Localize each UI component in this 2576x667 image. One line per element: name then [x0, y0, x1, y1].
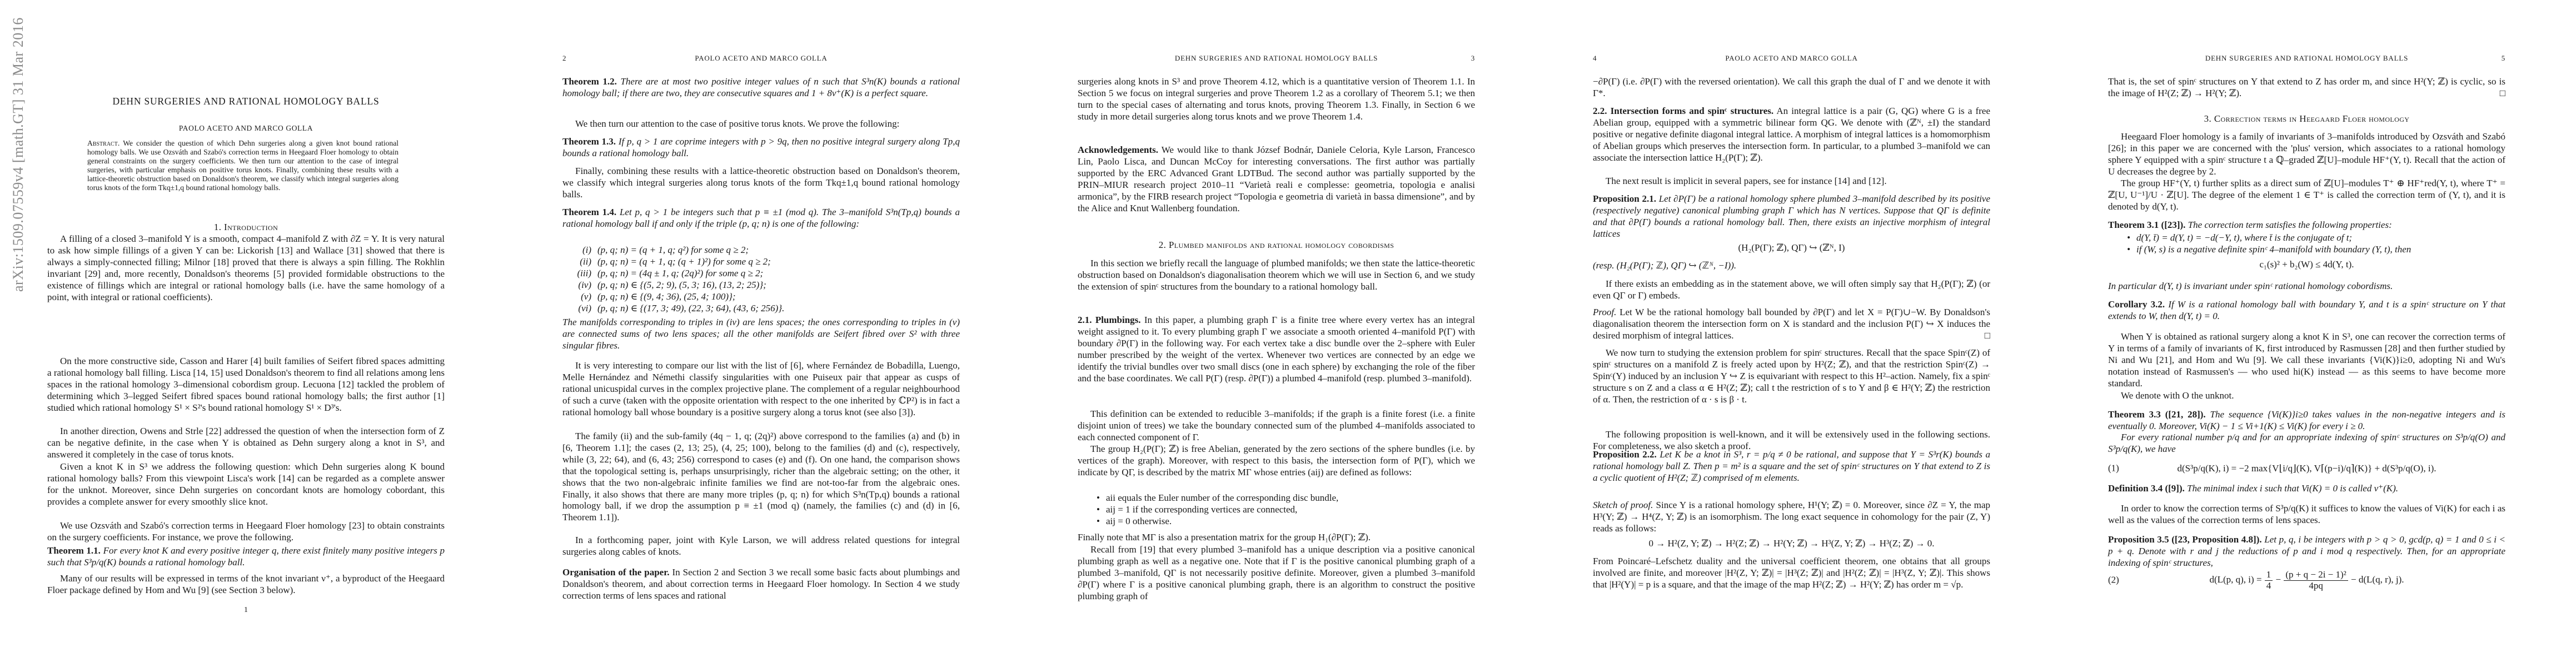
list-item-number: (iii): [562, 268, 597, 280]
theorem: Theorem 1.4. Let p, q > 1 be integers su…: [562, 207, 960, 230]
list-item-text: (p, q; n) ∈ {(5, 2; 9), (5, 3; 16), (13,…: [597, 280, 766, 291]
bullet-text: d(Y, t̄) = d(Y, t) = −d(−Y, t), where t̄…: [2136, 232, 2352, 244]
abstract: Abstract. We consider the question of wh…: [87, 139, 398, 192]
theorem-label: Theorem 3.1 ([23]).: [2108, 220, 2185, 230]
list-item-text: (p, q; n) ∈ {(9, 4; 36), (25, 4; 100)};: [597, 291, 736, 303]
bullet-icon: •: [2127, 244, 2136, 256]
page-2: 2PAOLO ACETO AND MARCO GOLLA Theorem 1.2…: [515, 0, 1030, 667]
theorem-label: Theorem 1.4.: [562, 207, 616, 217]
theorem: Theorem 1.2. There are at most two posit…: [562, 76, 960, 99]
proof-label: Proof.: [1593, 307, 1616, 317]
bullet-list: •aii equals the Euler number of the corr…: [1078, 492, 1475, 527]
theorem: Theorem 3.1 ([23]). The correction term …: [2108, 220, 2505, 231]
page-number: 5: [2502, 54, 2505, 63]
page-3: DEHN SURGERIES AND RATIONAL HOMOLOGY BAL…: [1030, 0, 1546, 667]
page-4: 4PAOLO ACETO AND MARCO GOLLA −∂P(Γ) (i.e…: [1546, 0, 2061, 667]
fraction: 14: [2264, 570, 2274, 591]
running-head: DEHN SURGERIES AND RATIONAL HOMOLOGY BAL…: [2108, 54, 2505, 64]
proposition: Proposition 2.2. Let K be a knot in S³, …: [1593, 449, 1990, 484]
equation-rhs: − d(L(q, r), j).: [2349, 574, 2404, 585]
page-5: DEHN SURGERIES AND RATIONAL HOMOLOGY BAL…: [2061, 0, 2576, 667]
theorem-outro: The manifolds corresponding to triples i…: [562, 317, 960, 352]
paragraph: In a forthcoming paper, joint with Kyle …: [562, 535, 960, 558]
paragraph: surgeries along knots in S³ and prove Th…: [1078, 76, 1475, 123]
bullet-icon: •: [1097, 516, 1106, 527]
bullet-item: •d(Y, t̄) = d(Y, t) = −d(−Y, t), where t…: [2108, 232, 2505, 244]
subsection-label: 2.1. Plumbings.: [1078, 315, 1141, 325]
theorem-text: For every knot K and every positive inte…: [47, 545, 445, 568]
organisation-paragraph: Organisation of the paper. In Section 2 …: [562, 567, 960, 602]
acknowledgements-label: Acknowledgements.: [1078, 145, 1158, 155]
equation-operator: −: [2273, 574, 2283, 585]
paragraph: It is very interesting to compare our li…: [562, 360, 960, 419]
paragraph: We then turn our attention to the case o…: [562, 118, 960, 130]
abstract-text: We consider the question of which Dehn s…: [87, 139, 398, 192]
paragraph: The next result is implicit in several p…: [1593, 176, 1990, 187]
bullet-icon: •: [1097, 492, 1106, 504]
fraction-denominator: 4pq: [2284, 581, 2348, 591]
list-item-number: (v): [562, 291, 597, 303]
running-head-title: PAOLO ACETO AND MARCO GOLLA: [562, 54, 960, 63]
acknowledgements: Acknowledgements. We would like to thank…: [1078, 145, 1475, 214]
theorem-continued: For every rational number p/q and for an…: [2108, 432, 2505, 455]
fraction-numerator: 1: [2265, 570, 2273, 581]
running-head-title: DEHN SURGERIES AND RATIONAL HOMOLOGY BAL…: [1078, 54, 1475, 63]
section-heading: 2. Plumbed manifolds and rational homolo…: [1078, 240, 1475, 251]
definition-text: The minimal index i such that Vi(K) = 0 …: [2187, 483, 2398, 494]
theorem-label: Theorem 1.3.: [562, 136, 616, 147]
paragraph: On the more constructive side, Casson an…: [47, 356, 445, 414]
display-formula-resp: (resp. (H₂(P(Γ); ℤ), QΓ) ↪ (ℤᴺ, −I)).: [1593, 260, 1990, 272]
equation-tag: (2): [2108, 575, 2119, 586]
page-number: 3: [1471, 54, 1475, 63]
paragraph: We now turn to studying the extension pr…: [1593, 347, 1990, 406]
sketch-of-proof: Sketch of proof. Since Y is a rational h…: [1593, 500, 1990, 535]
definition: Definition 3.4 ([9]). The minimal index …: [2108, 483, 2505, 495]
paragraph: From Poincaré–Lefschetz duality and the …: [1593, 556, 1990, 591]
subsection-paragraph: 2.1. Plumbings. In this paper, a plumbin…: [1078, 315, 1475, 384]
paper-title: DEHN SURGERIES AND RATIONAL HOMOLOGY BAL…: [47, 96, 445, 107]
running-head-title: DEHN SURGERIES AND RATIONAL HOMOLOGY BAL…: [2108, 54, 2505, 63]
theorem-text: There are at most two positive integer v…: [562, 76, 960, 98]
corollary: Corollary 3.2. If W is a rational homolo…: [2108, 299, 2505, 322]
paragraph: We use Ozsváth and Szabó's correction te…: [47, 520, 445, 544]
theorem-label: Theorem 1.1.: [47, 545, 101, 556]
list-item-text: (p, q; n) = (4q ± 1, q; (2q)²) for some …: [597, 268, 763, 280]
corollary-text: If W is a rational homology ball with bo…: [2108, 299, 2505, 321]
list-item-number: (i): [562, 245, 597, 256]
list-item-number: (ii): [562, 256, 597, 268]
equation-lhs: d(L(p, q), i) =: [2209, 574, 2264, 585]
subsection-label: 2.2. Intersection forms and spinᶜ struct…: [1593, 106, 1773, 116]
proposition-label: Proposition 3.5 ([23, Proposition 4.8]).: [2108, 534, 2262, 545]
list-item: (iv)(p, q; n) ∈ {(5, 2; 9), (5, 3; 16), …: [562, 280, 960, 291]
paragraph: −∂P(Γ) (i.e. ∂P(Γ) with the reversed ori…: [1593, 76, 1990, 99]
subsection-paragraph: 2.2. Intersection forms and spinᶜ struct…: [1593, 106, 1990, 164]
bullet-text: aij = 0 otherwise.: [1106, 516, 1172, 527]
paragraph: That is, the set of spinᶜ structures on …: [2108, 76, 2505, 99]
list-item: (iii)(p, q; n) = (4q ± 1, q; (2q)²) for …: [562, 268, 960, 280]
list-item-text: (p, q; n) = (q + 1, q; q²) for some q ≥ …: [597, 245, 749, 256]
qed-symbol: □: [2500, 88, 2505, 99]
running-head-title: PAOLO ACETO AND MARCO GOLLA: [1593, 54, 1990, 63]
proof: Proof. Let W be the rational homology ba…: [1593, 307, 1990, 342]
paragraph: The family (ii) and the sub-family (4q −…: [562, 431, 960, 524]
numbered-equation: (2)d(L(p, q), i) = 14 − (p + q − 2i − 1)…: [2108, 570, 2505, 591]
theorem-case-list: (i)(p, q; n) = (q + 1, q; q²) for some q…: [562, 245, 960, 314]
bullet-text: aij = 1 if the corresponding vertices ar…: [1106, 504, 1297, 516]
display-formula: (H₂(P(Γ); ℤ), QΓ) ↪ (ℤᴺ, I): [1593, 242, 1990, 254]
bullet-item: •aii equals the Euler number of the corr…: [1078, 492, 1475, 504]
bullet-text: if (W, s) is a negative definite spinᶜ 4…: [2136, 244, 2411, 256]
bullet-item: •aij = 0 otherwise.: [1078, 516, 1475, 527]
abstract-label: Abstract.: [87, 139, 119, 147]
paragraph: In order to know the correction terms of…: [2108, 503, 2505, 526]
fraction-numerator: (p + q − 2i − 1)²: [2284, 570, 2348, 581]
running-head: DEHN SURGERIES AND RATIONAL HOMOLOGY BAL…: [1078, 54, 1475, 64]
bullet-item: •if (W, s) is a negative definite spinᶜ …: [2108, 244, 2505, 256]
proposition: Proposition 3.5 ([23, Proposition 4.8]).…: [2108, 534, 2505, 569]
paragraph: When Y is obtained as rational surgery a…: [2108, 331, 2505, 390]
theorem-text: If p, q > 1 are coprime integers with p …: [562, 136, 960, 158]
list-item-text: (p, q; n) = (q + 1, q; (q + 1)²) for som…: [597, 256, 771, 268]
paragraph: This definition can be extended to reduc…: [1078, 409, 1475, 444]
bullet-list: •d(Y, t̄) = d(Y, t) = −d(−Y, t), where t…: [2108, 232, 2505, 256]
paragraph: Given a knot K in S³ we address the foll…: [47, 461, 445, 508]
display-formula: c₁(s)² + b₂(W) ≤ 4d(Y, t).: [2108, 259, 2505, 271]
display-formula: 0 → H²(Z, Y; ℤ) → H²(Z; ℤ) → H²(Y; ℤ) → …: [1593, 538, 1990, 550]
paragraph: Heegaard Floer homology is a family of i…: [2108, 131, 2505, 178]
theorem-label: Theorem 1.2.: [562, 76, 617, 87]
list-item: (i)(p, q; n) = (q + 1, q; q²) for some q…: [562, 245, 960, 256]
page-1: arXiv:1509.07559v4 [math.GT] 31 Mar 2016…: [0, 0, 515, 667]
paragraph: Finally note that MΓ is also a presentat…: [1078, 532, 1475, 544]
proof-text: Let W be the rational homology ball boun…: [1593, 307, 1990, 341]
list-item-text: (p, q; n) ∈ {(17, 3; 49), (22, 3; 64), (…: [597, 303, 784, 315]
theorem: Theorem 3.3 ([21, 28]). The sequence {Vi…: [2108, 409, 2505, 432]
paragraph: A filling of a closed 3–manifold Y is a …: [47, 233, 445, 303]
theorem-text: Let p, q > 1 be integers such that p ≡ ±…: [562, 207, 960, 229]
proof-label: Sketch of proof.: [1593, 500, 1653, 510]
theorem-text: The correction term satisfies the follow…: [2188, 220, 2392, 230]
equation-tag: (1): [2108, 463, 2119, 475]
fraction: (p + q − 2i − 1)²4pq: [2283, 570, 2348, 591]
section-heading: 3. Correction terms in Heegaard Floer ho…: [2108, 113, 2505, 125]
bullet-icon: •: [2127, 232, 2136, 244]
paragraph-text: That is, the set of spinᶜ structures on …: [2108, 76, 2505, 98]
corollary-label: Corollary 3.2.: [2108, 299, 2165, 310]
numbered-equation: (1)d(S³p/q(K), i) = −2 max{V⌊i/q⌋(K), V⌈…: [2108, 463, 2505, 475]
paper-authors: PAOLO ACETO AND MARCO GOLLA: [47, 123, 445, 135]
bullet-text: aii equals the Euler number of the corre…: [1106, 492, 1338, 504]
paragraph: The group H₂(P(Γ); ℤ) is free Abelian, g…: [1078, 444, 1475, 479]
bullet-icon: •: [1097, 504, 1106, 516]
definition-label: Definition 3.4 ([9]).: [2108, 483, 2185, 494]
proposition: Proposition 2.1. Let ∂P(Γ) be a rational…: [1593, 193, 1990, 240]
list-item: (v)(p, q; n) ∈ {(9, 4; 36), (25, 4; 100)…: [562, 291, 960, 303]
running-head: 4PAOLO ACETO AND MARCO GOLLA: [1593, 54, 1990, 64]
list-item: (vi)(p, q; n) ∈ {(17, 3; 49), (22, 3; 64…: [562, 303, 960, 315]
proposition-label: Proposition 2.2.: [1593, 449, 1657, 460]
proof-text: Since Y is a rational homology sphere, H…: [1593, 500, 1990, 534]
organisation-label: Organisation of the paper.: [562, 567, 669, 578]
paragraph: The group HF⁺(Y, t) further splits as a …: [2108, 178, 2505, 213]
proposition-label: Proposition 2.1.: [1593, 193, 1656, 204]
qed-symbol: □: [1985, 330, 1990, 342]
paragraph: We denote with O the unknot.: [2108, 390, 2505, 402]
paragraph: In another direction, Owens and Strle [2…: [47, 426, 445, 461]
theorem-outro: In particular d(Y, t) is invariant under…: [2108, 281, 2505, 292]
paragraph: Recall from [19] that every plumbed 3–ma…: [1078, 544, 1475, 603]
theorem: Theorem 1.3. If p, q > 1 are coprime int…: [562, 136, 960, 160]
paragraph: Many of our results will be expressed in…: [47, 573, 445, 596]
footer-page-number: 1: [47, 605, 445, 616]
list-item: (ii)(p, q; n) = (q + 1, q; (q + 1)²) for…: [562, 256, 960, 268]
section-heading: 1. Introduction: [47, 222, 445, 233]
fraction-denominator: 4: [2265, 581, 2273, 591]
paragraph: In this section we briefly recall the la…: [1078, 258, 1475, 293]
bullet-item: •aij = 1 if the corresponding vertices a…: [1078, 504, 1475, 516]
paragraph: Finally, combining these results with a …: [562, 166, 960, 201]
theorem-label: Theorem 3.3 ([21, 28]).: [2108, 409, 2206, 420]
theorem: Theorem 1.1. For every knot K and every …: [47, 545, 445, 569]
equation-body: d(S³p/q(K), i) = −2 max{V⌊i/q⌋(K), V⌈(p−…: [2178, 463, 2437, 474]
paragraph: If there exists an embedding as in the s…: [1593, 278, 1990, 302]
running-head: 2PAOLO ACETO AND MARCO GOLLA: [562, 54, 960, 64]
list-item-number: (iv): [562, 280, 597, 291]
list-item-number: (vi): [562, 303, 597, 315]
